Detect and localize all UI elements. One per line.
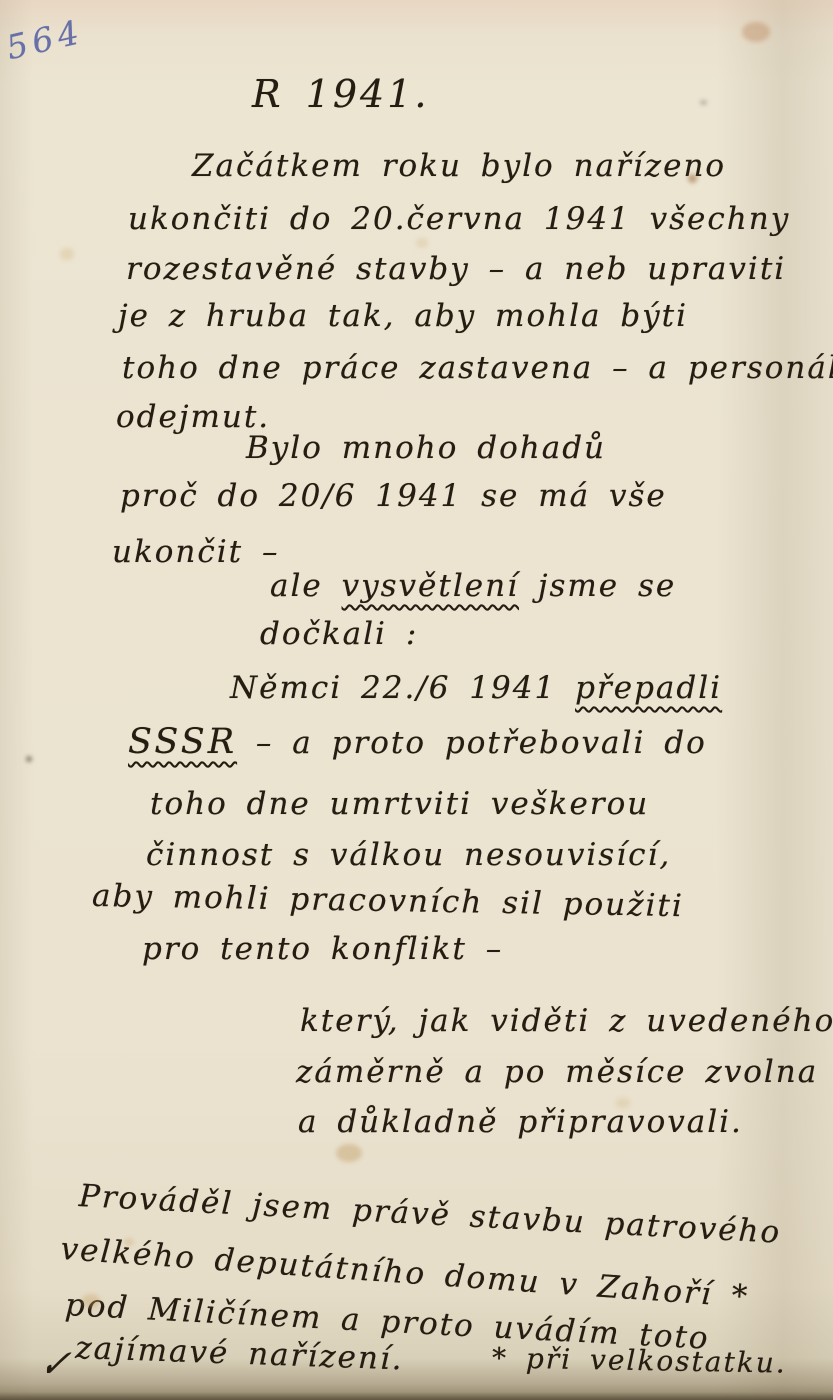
text-segment: Němci 22./6 1941 (230, 670, 575, 706)
manuscript-line: dočkali : (260, 616, 418, 652)
manuscript-line: toho dne umrtviti veškerou (150, 786, 649, 822)
manuscript-line: pro tento konflikt – (142, 931, 503, 967)
underlined-word: přepadli (575, 670, 722, 706)
manuscript-line: je z hruba tak, aby mohla býti (118, 298, 688, 334)
manuscript-line: ukončit – (112, 534, 279, 570)
paper-stain (60, 248, 74, 260)
paper-stain (742, 22, 770, 42)
manuscript-page: 564 R 1941. Začátkem roku bylo nařízeno … (0, 0, 833, 1400)
manuscript-line: aby mohli pracovních sil použiti (92, 878, 684, 924)
year-heading: R 1941. (252, 72, 429, 116)
text-segment: – a proto potřebovali do (237, 725, 707, 761)
text-segment: jsme se (519, 568, 676, 604)
manuscript-line: Začátkem roku bylo nařízeno (192, 148, 726, 184)
manuscript-line: který, jak viděti z uvedeného (300, 1003, 833, 1039)
manuscript-line: ukončiti do 20.června 1941 všechny (128, 201, 790, 237)
underlined-word: SSSR (128, 722, 237, 762)
manuscript-line: Němci 22./6 1941 přepadli (230, 670, 722, 706)
manuscript-line: toho dne práce zastavena – a personál (122, 350, 833, 386)
checkmark-icon: ✓ (37, 1343, 75, 1386)
manuscript-line: Bylo mnoho dohadů (246, 430, 606, 466)
manuscript-line: činnost s válkou nesouvisící, (146, 837, 671, 873)
pencil-speck (700, 100, 707, 105)
footnote: * při velkostatku. (492, 1341, 787, 1379)
manuscript-line: SSSR – a proto potřebovali do (128, 722, 707, 762)
text-segment: ale (270, 568, 342, 604)
paper-stain (26, 756, 32, 762)
manuscript-line: rozestavěné stavby – a neb upraviti (126, 251, 786, 287)
manuscript-line: proč do 20/6 1941 se má vše (120, 478, 667, 514)
underlined-word: vysvětlení (342, 568, 519, 604)
paper-stain (416, 238, 428, 248)
page-number: 564 (3, 12, 88, 68)
paper-stain (336, 1144, 362, 1162)
manuscript-line: a důkladně připravovali. (298, 1104, 743, 1140)
manuscript-line: záměrně a po měsíce zvolna (296, 1054, 818, 1090)
manuscript-line: ale vysvětlení jsme se (270, 568, 676, 604)
